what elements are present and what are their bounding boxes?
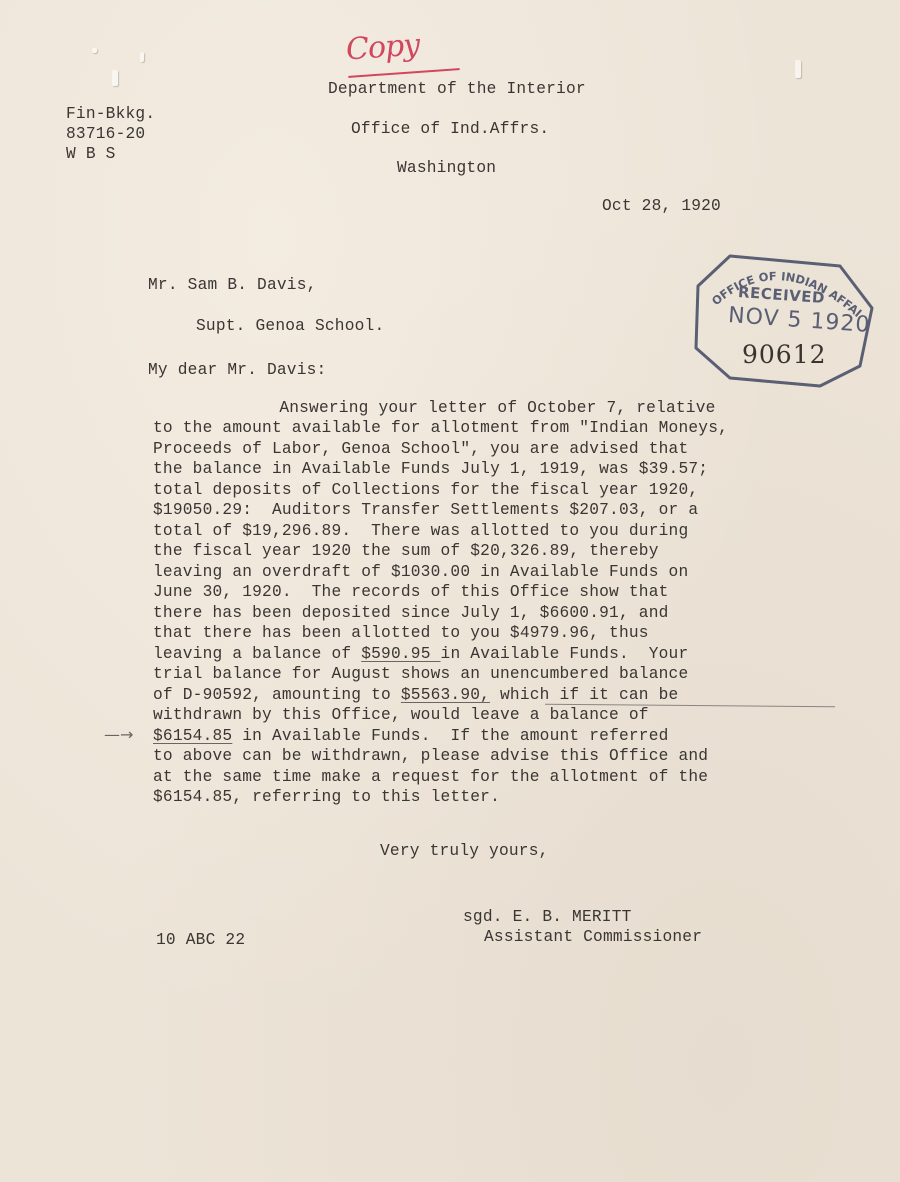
salutation: My dear Mr. Davis:: [148, 360, 326, 380]
body-line: the fiscal year 1920 the sum of $20,326.…: [153, 541, 659, 561]
body-line: at the same time make a request for the …: [153, 767, 708, 787]
body-line: withdrawn by this Office, would leave a …: [153, 705, 649, 725]
copy-annotation: Copy: [345, 27, 420, 67]
reference-line-3: W B S: [66, 144, 116, 164]
body-line: $6154.85 in Available Funds. If the amou…: [153, 726, 669, 746]
body-line: Proceeds of Labor, Genoa School", you ar…: [153, 439, 688, 459]
body-text: which if it can be: [490, 686, 678, 704]
letterhead-city: Washington: [397, 158, 496, 178]
punch-mark: [92, 48, 97, 53]
body-line: Answering your letter of October 7, rela…: [200, 398, 716, 418]
body-line: total of $19,296.89. There was allotted …: [153, 521, 688, 541]
body-line: June 30, 1920. The records of this Offic…: [153, 582, 669, 602]
received-stamp: OFFICE OF INDIAN AFFAIRS RECEIVED NOV 5 …: [690, 248, 876, 388]
body-line: the balance in Available Funds July 1, 1…: [153, 459, 708, 479]
body-text: leaving a balance of: [153, 645, 361, 663]
stamp-number: 90612: [742, 340, 827, 369]
body-line: total deposits of Collections for the fi…: [153, 480, 698, 500]
body-line: to above can be withdrawn, please advise…: [153, 746, 708, 766]
body-line: there has been deposited since July 1, $…: [153, 603, 669, 623]
body-line: that there has been allotted to you $497…: [153, 623, 649, 643]
letter-date: Oct 28, 1920: [602, 196, 721, 216]
signature-title: Assistant Commissioner: [484, 927, 702, 947]
letterhead-department: Department of the Interior: [328, 79, 586, 99]
letterhead-office: Office of Ind.Affrs.: [351, 119, 549, 139]
recipient-name: Mr. Sam B. Davis,: [148, 275, 317, 295]
file-code: 10 ABC 22: [156, 930, 245, 950]
margin-arrow-icon: —→: [104, 725, 133, 744]
punch-mark: [795, 60, 801, 78]
punch-mark: [140, 52, 144, 62]
punch-mark: [112, 70, 118, 86]
body-line: leaving a balance of $590.95 in Availabl…: [153, 644, 688, 664]
body-line: trial balance for August shows an unencu…: [153, 664, 688, 684]
reference-line-1: Fin-Bkkg.: [66, 104, 155, 124]
body-line: $6154.85, referring to this letter.: [153, 787, 500, 807]
body-text: in Available Funds. If the amount referr…: [232, 727, 668, 745]
underlined-amount: $590.95: [361, 645, 440, 663]
body-line: to the amount available for allotment fr…: [153, 418, 728, 438]
reference-line-2: 83716-20: [66, 124, 145, 144]
underlined-amount: $6154.85: [153, 727, 232, 745]
recipient-title: Supt. Genoa School.: [196, 316, 384, 336]
body-line: leaving an overdraft of $1030.00 in Avai…: [153, 562, 688, 582]
body-line: $19050.29: Auditors Transfer Settlements…: [153, 500, 698, 520]
underlined-amount: $5563.90,: [401, 686, 490, 704]
closing: Very truly yours,: [380, 841, 549, 861]
body-text: in Available Funds. Your: [441, 645, 689, 663]
body-text: of D-90592, amounting to: [153, 686, 401, 704]
body-line: of D-90592, amounting to $5563.90, which…: [153, 685, 678, 705]
signature-name: sgd. E. B. MERITT: [463, 907, 632, 927]
